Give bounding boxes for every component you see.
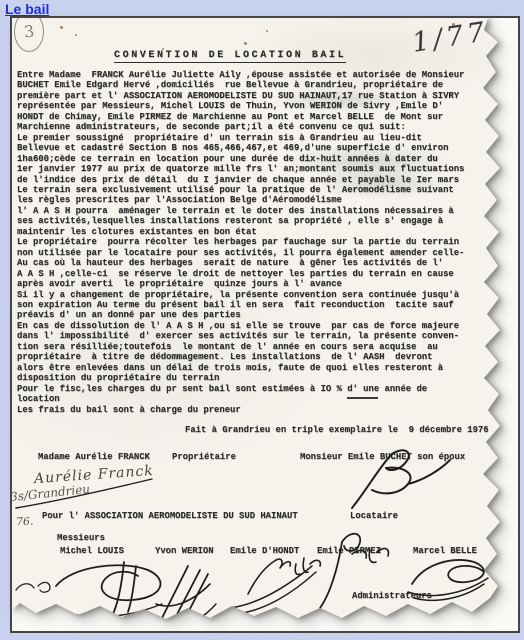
text-line: En cas de dissolution de l' A A S H ,ou … [17,321,503,331]
text-line: Pour le fisc,les charges du pr sent bail… [17,384,503,394]
text-line: Bellevue et cadastré Section B nos 465,4… [17,143,503,153]
text-line: disposition du propriétaire du terrain [17,373,503,383]
administrator-name: Michel LOUIS [60,546,124,556]
bottom-left-scribble [16,582,50,592]
owner-role-label: Propriétaire [172,452,236,462]
text-line: dans l' impossibilité d' exercer ses act… [17,331,503,341]
text-line: alors être enlevées dans un délai de tro… [17,363,503,373]
louis-signature [56,562,162,617]
margin-note-line2: 76. [16,515,34,529]
circled-page-number-value: 3 [23,22,35,42]
association-line: Pour l' ASSOCIATION AEROMODELISTE DU SUD… [42,511,298,521]
margin-note-line1: 3s/Grandrieu [9,482,90,504]
text-line: après avoir averti le propriétaire quinz… [17,279,503,289]
text-line: ses activités,lesquelles installations r… [17,216,503,226]
administrator-name: Emile PIRMEZ [317,546,381,556]
bail-link[interactable]: Le bail [5,1,49,17]
text-line: propriétaire à titre de dédommagement. L… [17,352,503,362]
owner-name-label: Madame Aurélie FRANCK [38,452,150,462]
text-line: Le terrain sera exclusivement utilisé po… [17,185,503,195]
text-line: 1er janvier 1977 au prix de quatorze mil… [17,164,503,174]
text-line: Au cas où la hauteur des herbages serait… [17,258,503,268]
text-line: Si il y a changement de propriétaire, la… [17,290,503,300]
text-line: l' A A S H pourra aménager le terrain et… [17,206,503,216]
text-line: de l'indice des prix de détail du I janv… [17,175,503,185]
text-line: représentée par Messieurs, Michel LOUIS … [17,101,503,111]
text-line: HONDT de Chimay, Emile PIRMEZ de Marchie… [17,112,503,122]
administrator-name: Emile D'HONDT [230,546,299,556]
text-line: BUCHET Emile Edgard Hervé ,domiciliés ru… [17,80,503,90]
document-body: Entre Madame FRANCK Aurélie Juliette Ail… [17,70,503,415]
stain-dot [244,42,247,45]
administrator-name: Yvon WERION [155,546,214,556]
text-line: les règles prescrites par l'Association … [17,195,503,205]
text-line: Marchienne administrateurs, de seconde p… [17,122,503,132]
tenant-role-label: Locataire [350,511,398,521]
werion-signature [154,566,216,627]
spouse-name-label: Monsieur Emile BUCHET son époux [300,452,465,462]
dhondt-signature [230,558,320,614]
text-line: tion sera résilliée;toutefois le montant… [17,342,503,352]
text-line: Le propriétaire pourra récolter les herb… [17,237,503,247]
messieurs-label: Messieurs [57,533,105,543]
page: { "page": { "link_label": "Le bail" }, "… [0,0,524,640]
text-line: non utilisée par le locataire pour ses a… [17,248,503,258]
text-line: préavis d' un an donné par une des parti… [17,310,503,320]
stain-dot [75,34,77,36]
folio-annotation: 1/77 [410,16,491,59]
text-line: première part et l' ASSOCIATION AEROMODE… [17,91,503,101]
text-line: 1ha600;cède ce terrain en location pour … [17,154,503,164]
admin-role-label: Administrateurs [352,591,432,601]
circled-page-number: 3 [14,11,44,52]
administrator-name: Marcel BELLE [413,546,477,556]
paper-shadow: 3 1/77 CONVENTION DE LOCATION BAIL Entre… [12,18,514,627]
text-line: Les frais du bail sont à charge du prene… [17,405,503,415]
text-line: son expiration Au terme du présent bail … [17,300,503,310]
document-title: CONVENTION DE LOCATION BAIL [114,51,346,63]
franck-signature-text: Aurélie Franck [34,463,155,487]
ten-percent-underline [347,397,378,399]
text-line: Entre Madame FRANCK Aurélie Juliette Ail… [17,70,503,80]
text-line: location [17,394,503,404]
text-line: A A S H ,celle-ci se réserve le droit de… [17,269,503,279]
closing-line: Fait à Grandrieu en triple exemplaire le… [185,425,489,435]
text-line: Le premier soussigné propriétaire d' un … [17,133,503,143]
scanned-document-paper: 3 1/77 CONVENTION DE LOCATION BAIL Entre… [12,18,514,627]
text-line: maintenir les clotures existantes en bon… [17,227,503,237]
stain-dot [60,26,63,29]
stain-dot [266,30,268,32]
